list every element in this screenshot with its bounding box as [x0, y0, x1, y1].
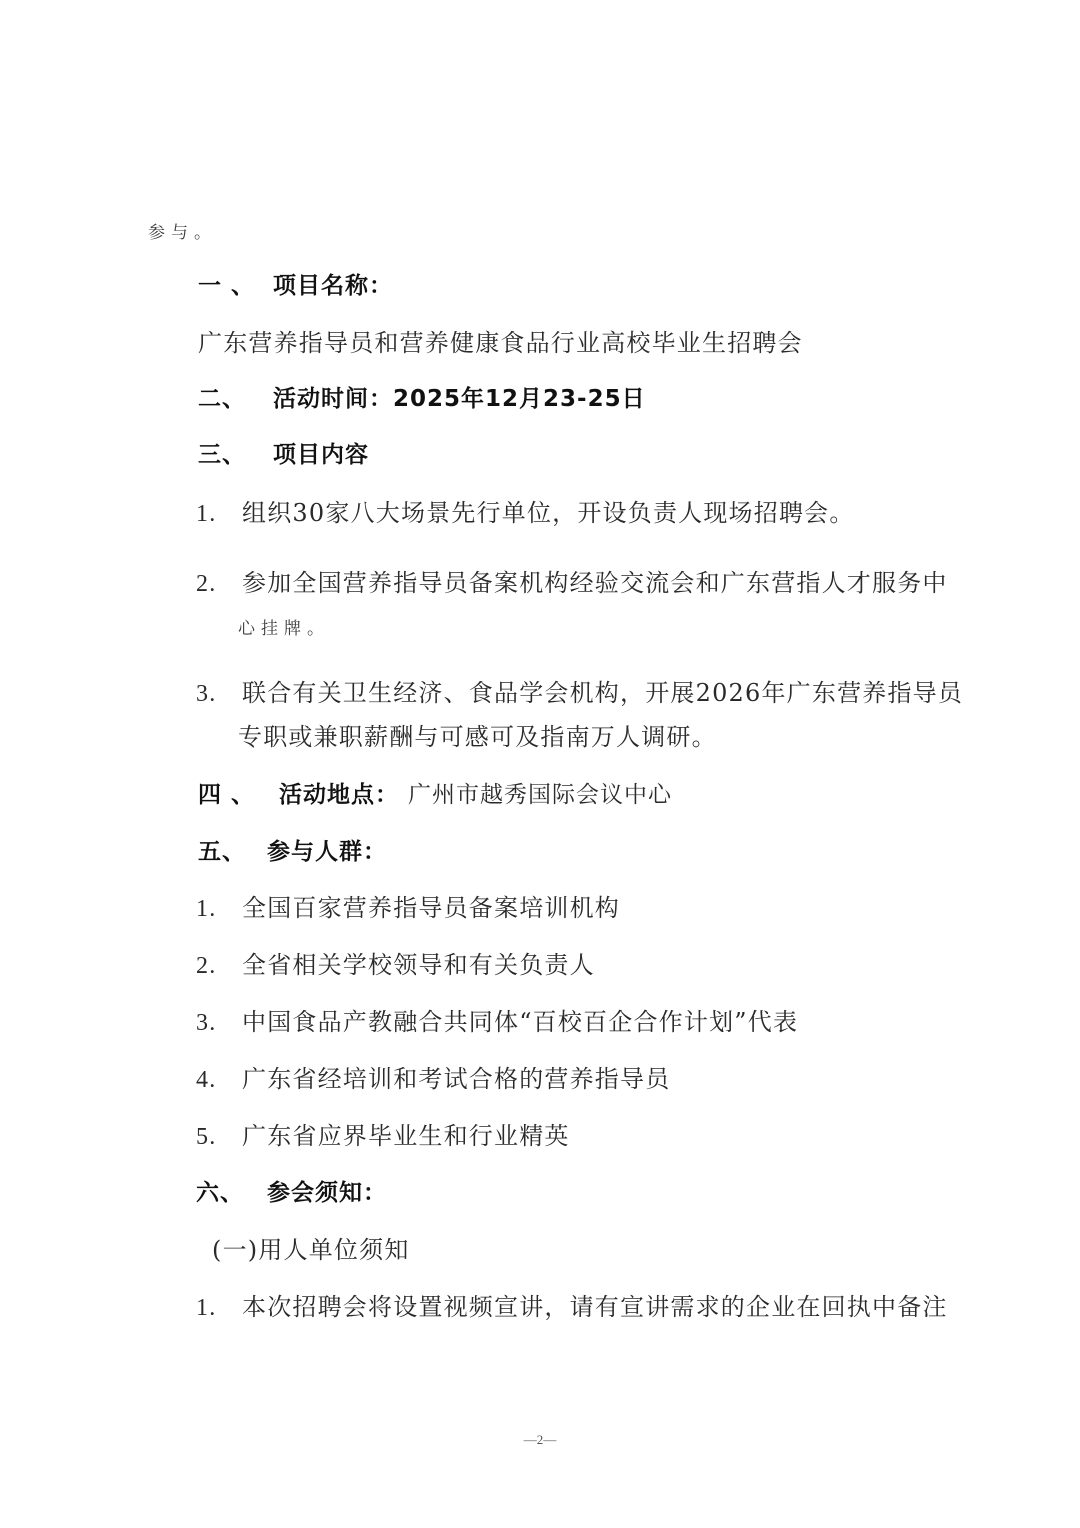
continuation-text: 参与。 — [148, 218, 217, 248]
list-item: 1.本次招聘会将设置视频宣讲，请有宣讲需求的企业在回执中备注 — [196, 1292, 948, 1323]
section-1-heading: 一 、 项目名称： — [198, 271, 393, 301]
section-title: 参会须知： — [267, 1180, 387, 1206]
section-5-heading: 五、 参与人群： — [198, 837, 387, 867]
section-number: 一 、 — [198, 271, 264, 301]
list-item: 2.全省相关学校领导和有关负责人 — [196, 950, 595, 981]
list-item: 3.联合有关卫生经济、食品学会机构，开展2026年广东营养指导员 — [196, 678, 963, 709]
section-number: 六、 — [196, 1178, 258, 1208]
document-page: 参与。 一 、 项目名称： 广东营养指导员和营养健康食品行业高校毕业生招聘会 二… — [0, 0, 1080, 1528]
section-4-heading: 四 、 活动地点： 广州市越秀国际会议中心 — [198, 780, 672, 810]
list-item-continuation: 专职或兼职薪酬与可感可及指南万人调研。 — [238, 722, 717, 752]
list-item: 1.全国百家营养指导员备案培训机构 — [196, 893, 620, 924]
list-item: 5.广东省应界毕业生和行业精英 — [196, 1121, 570, 1152]
section-number: 三、 — [198, 440, 264, 470]
section-title: 项目名称： — [273, 273, 393, 299]
section-title: 活动地点： — [279, 782, 399, 808]
section-3-heading: 三、 项目内容 — [198, 440, 369, 470]
list-item: 3.中国食品产教融合共同体“百校百企合作计划”代表 — [196, 1007, 798, 1038]
page-number: —2— — [0, 1432, 1080, 1448]
list-item-continuation: 心挂牌。 — [238, 614, 330, 644]
section-6-heading: 六、 参会须知： — [196, 1178, 387, 1208]
section-title: 参与人群： — [267, 839, 387, 865]
subsection-heading: (一)用人单位须知 — [212, 1235, 410, 1265]
venue-value: 广州市越秀国际会议中心 — [408, 782, 672, 808]
list-item: 4.广东省经培训和考试合格的营养指导员 — [196, 1064, 670, 1095]
section-number: 五、 — [198, 837, 258, 867]
list-item: 1.组织30家八大场景先行单位，开设负责人现场招聘会。 — [196, 498, 855, 529]
section-number: 四 、 — [198, 780, 270, 810]
section-number: 二、 — [198, 384, 264, 414]
section-title: 活动时间：2025年12月23-25日 — [273, 386, 646, 412]
section-title: 项目内容 — [273, 442, 369, 468]
section-1-body: 广东营养指导员和营养健康食品行业高校毕业生招聘会 — [198, 328, 803, 358]
section-2-heading: 二、 活动时间：2025年12月23-25日 — [198, 384, 646, 414]
list-item: 2.参加全国营养指导员备案机构经验交流会和广东营指人才服务中 — [196, 568, 948, 599]
